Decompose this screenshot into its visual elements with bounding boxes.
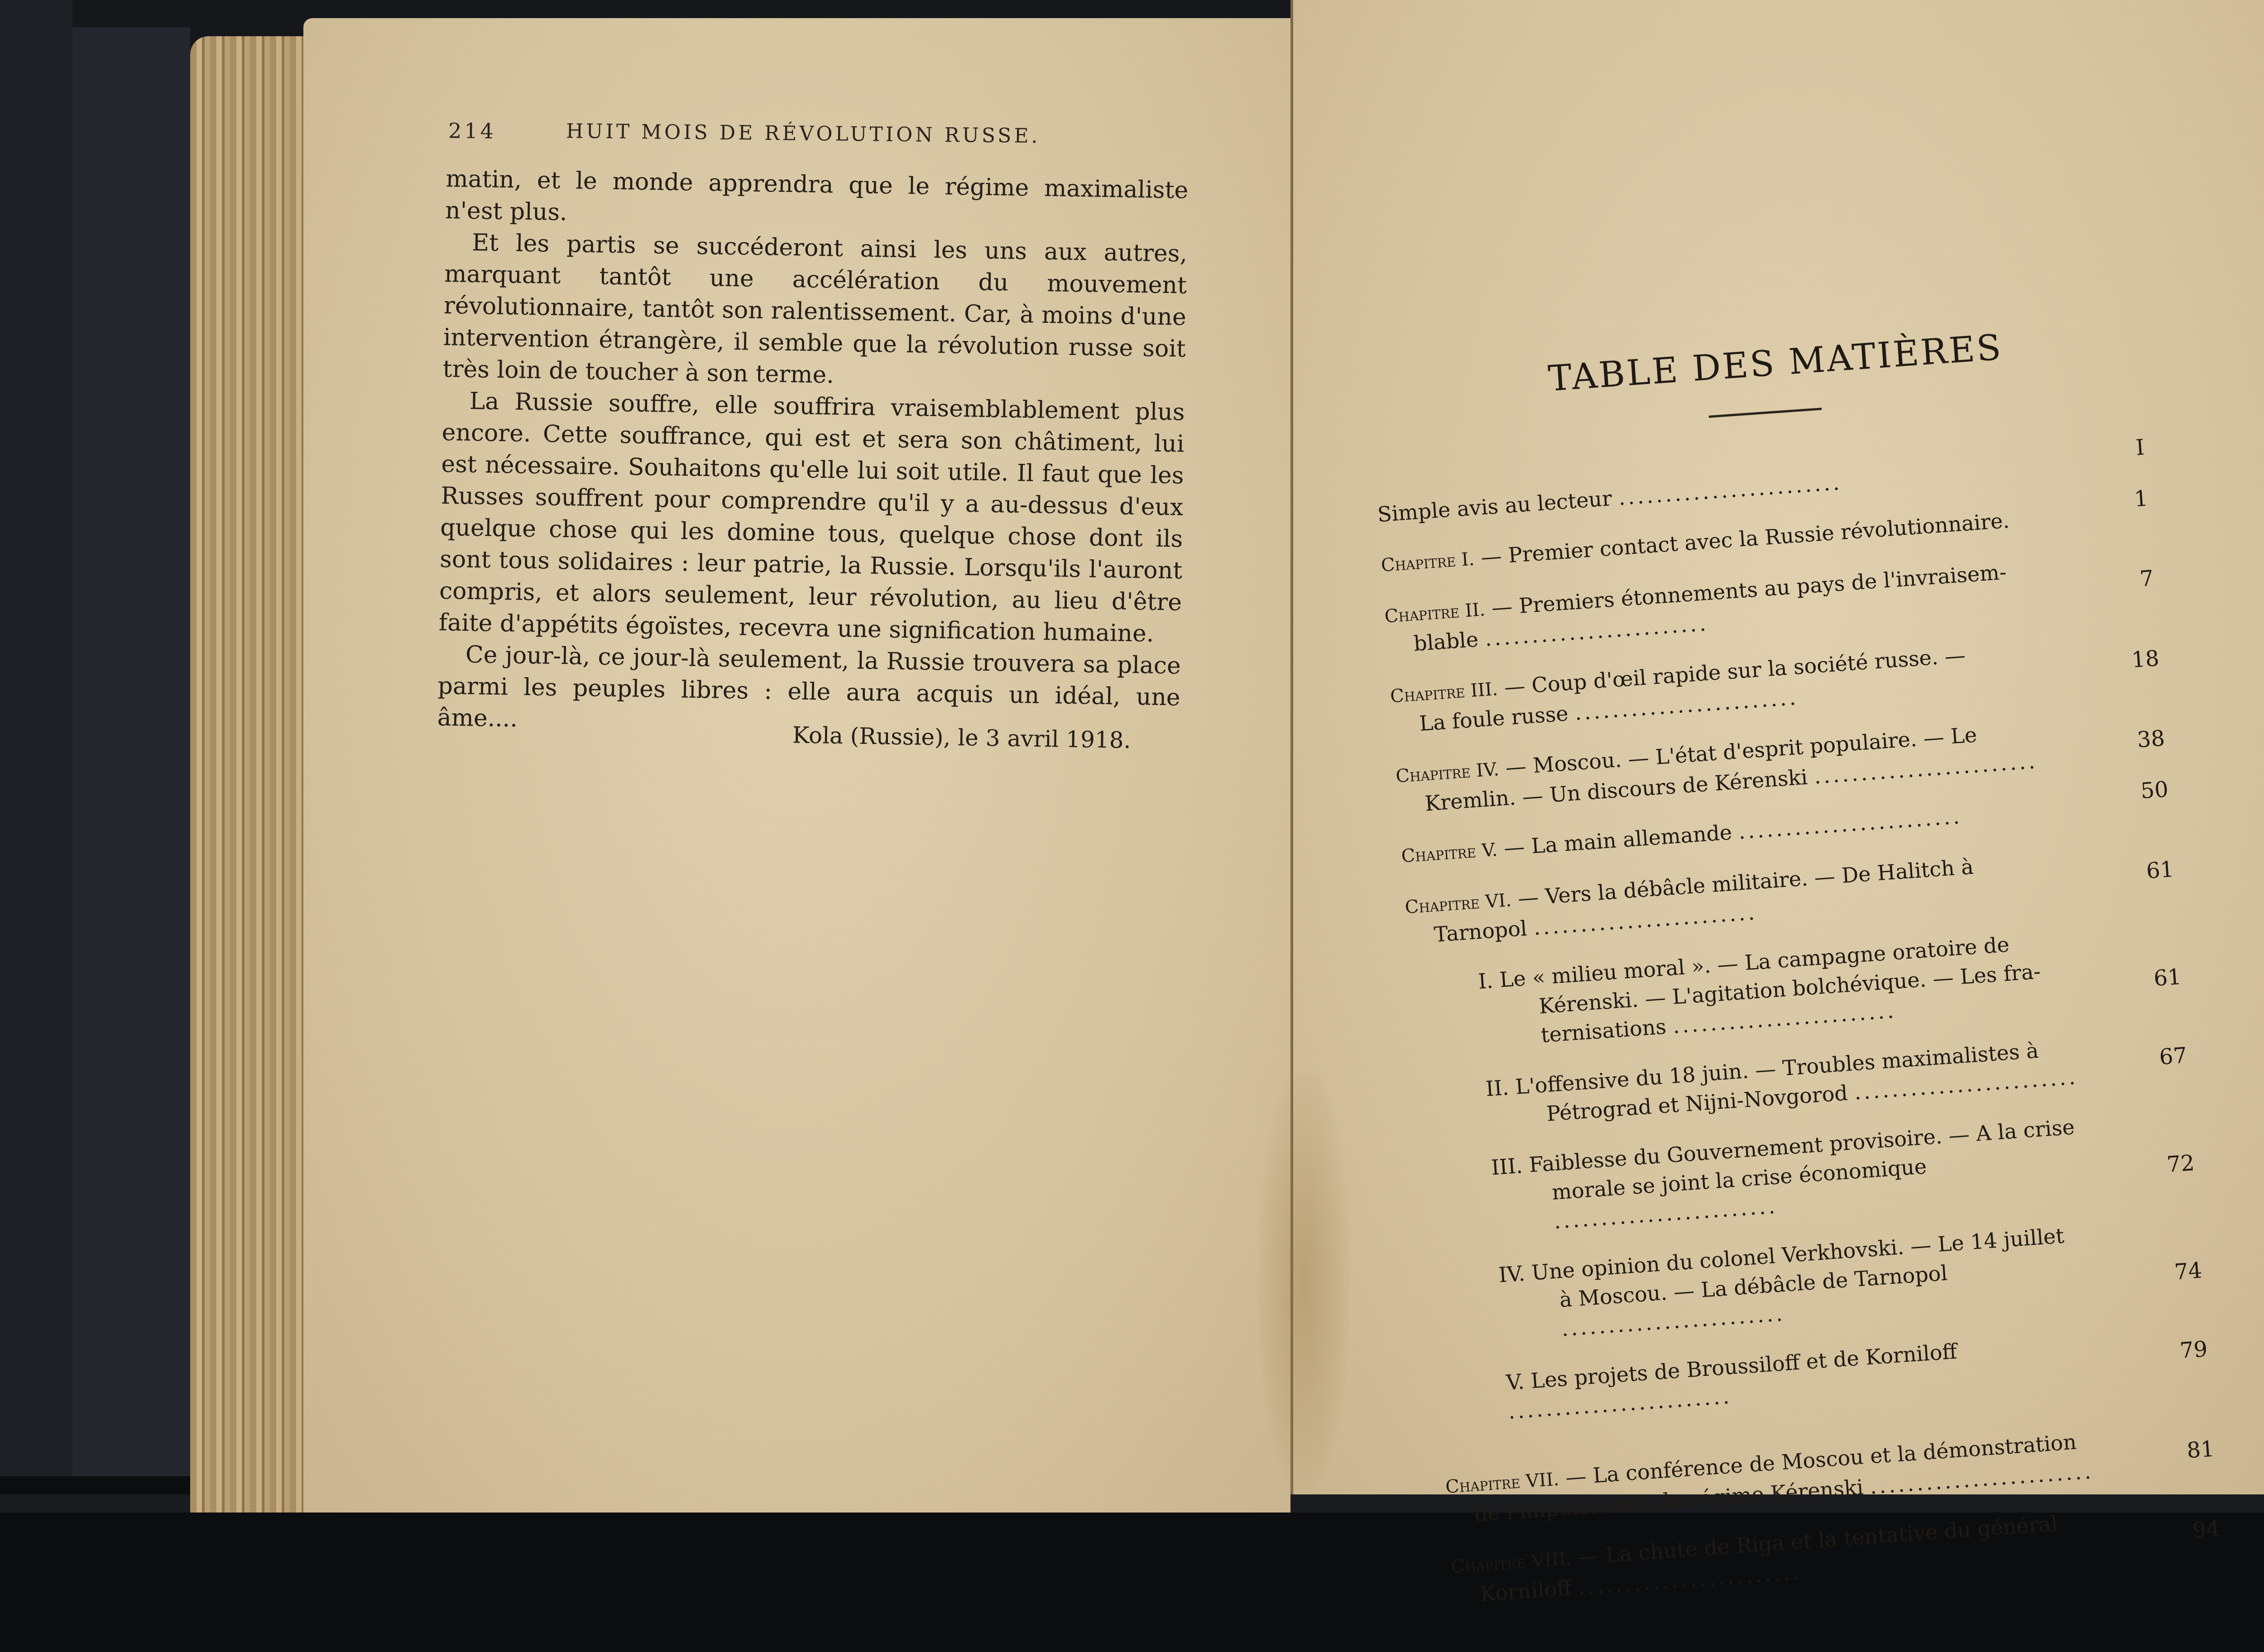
left-page-body: matin, et le monde apprendra que le régi… — [437, 163, 1189, 745]
paragraph: matin, et le monde apprendra que le régi… — [445, 163, 1189, 238]
running-head-title: HUIT MOIS DE RÉVOLUTION RUSSE. — [566, 120, 1041, 149]
toc-page-number: 61 — [2153, 962, 2182, 993]
chapter-label: Chapitre III. — [1390, 679, 1499, 707]
toc-entry-text: blable — [1413, 627, 1479, 656]
toc-page-number: 1 — [2133, 484, 2149, 514]
section-label: I. — [1477, 968, 1494, 994]
background-panel-left — [0, 0, 72, 1652]
toc-page-number: 94 — [2192, 1514, 2221, 1545]
toc-entry-text: Simple avis au lecteur — [1377, 486, 1612, 527]
page-number: 214 — [448, 118, 566, 144]
paragraph: La Russie souffre, elle souffrira vraise… — [439, 385, 1185, 650]
toc-divider — [1709, 408, 1822, 418]
chapter-label: Chapitre VII. — [1445, 1469, 1560, 1498]
water-stain — [1259, 1073, 1349, 1490]
section-label: IV. — [1498, 1261, 1526, 1287]
toc-page-number: 38 — [2136, 724, 2166, 754]
toc-page-number: I — [2135, 433, 2145, 462]
toc-entry-text: Tarnopol — [1433, 916, 1528, 946]
toc-entry-text: — La main allemande — [1503, 820, 1733, 860]
section-label: V. — [1506, 1369, 1525, 1395]
chapter-label: Chapitre II. — [1384, 599, 1486, 627]
background-panel-left-inner — [72, 27, 190, 1522]
toc-entry-text: — Premier contact avec la Russie révolut… — [1480, 508, 2010, 569]
paragraph: Et les partis se succéderont ainsi les u… — [442, 226, 1187, 397]
toc-page-number: 61 — [2145, 855, 2175, 886]
chapter-label: Chapitre V. — [1401, 840, 1498, 867]
toc-page-number: 18 — [2130, 644, 2160, 675]
toc-page-number: 72 — [2166, 1148, 2195, 1179]
toc-page-number: 7 — [2139, 564, 2154, 594]
toc-entry-text: Les projets de Broussiloff et de Kornilo… — [1530, 1339, 1958, 1393]
table-of-contents: TABLE DES MATIÈRES Simple avis au lecteu… — [1367, 317, 2241, 1632]
toc-page-number: 79 — [2179, 1335, 2208, 1365]
toc-entry-text: Korniloff — [1479, 1575, 1573, 1606]
chapter-label: Chapitre IV. — [1395, 759, 1500, 787]
book-page-edges — [190, 36, 308, 1513]
toc-entry-text: La foule russe — [1419, 701, 1569, 736]
section-label: II. — [1485, 1075, 1510, 1101]
chapter-label: Chapitre I. — [1380, 549, 1475, 576]
toc-entry-text: ternisations — [1540, 1014, 1667, 1047]
leader-dots: ........................ — [1738, 804, 1963, 844]
toc-page-number: 74 — [2173, 1256, 2203, 1287]
chapter-label: Chapitre VI. — [1404, 890, 1512, 918]
section-label: III. — [1490, 1153, 1523, 1180]
toc-page-number: 81 — [2186, 1434, 2215, 1465]
signature-dateline: Kola (Russie), le 3 avril 1918. — [792, 722, 1131, 754]
toc-page-number: 50 — [2140, 775, 2169, 806]
chapter-label: Chapitre VIII. — [1450, 1548, 1573, 1578]
toc-page-number: 67 — [2158, 1041, 2188, 1072]
leader-dots: ........................ — [1617, 470, 1842, 510]
